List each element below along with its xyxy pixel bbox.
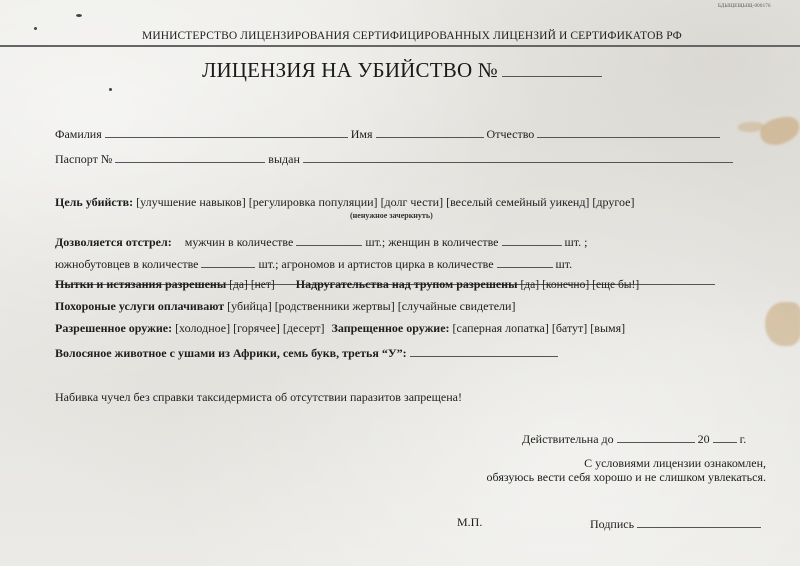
funeral-option[interactable]: [родственники жертвы] — [275, 299, 395, 313]
purpose-row: Цель убийств: [улучшение навыков] [регул… — [55, 195, 634, 210]
agronomists-label: шт.; агрономов и артистов цирка в количе… — [258, 257, 493, 271]
validity-date-field[interactable] — [617, 430, 695, 443]
purpose-option[interactable]: [веселый семейный уикенд] — [446, 195, 589, 209]
funeral-option[interactable]: [убийца] — [227, 299, 272, 313]
speck — [109, 88, 112, 91]
pcs-label: шт. — [556, 257, 573, 271]
name-field[interactable] — [376, 125, 484, 138]
women-count-field[interactable] — [502, 233, 562, 246]
allowed-weapon-option[interactable]: [десерт] — [283, 321, 325, 335]
stain — [765, 302, 800, 346]
funeral-label: Похороные услуги оплачивают — [55, 299, 224, 313]
taxidermy-warning: Набивка чучел без справки таксидермиста … — [55, 390, 462, 405]
allowed-weapons-label: Разрешенное оружие: — [55, 321, 172, 335]
forbidden-weapon-option[interactable]: [батут] — [552, 321, 587, 335]
patronymic-field[interactable] — [537, 125, 720, 138]
torture-row: Пытки и истязания разрешены [да] [нет] Н… — [55, 277, 639, 292]
surname-row: Фамилия Имя Отчество — [55, 125, 720, 142]
patronymic-label: Отчество — [487, 127, 535, 141]
desecration-option[interactable]: [конечно] — [542, 279, 589, 291]
quota-row-2: южнобутовцев в количестве шт.; агрономов… — [55, 255, 572, 272]
passport-field[interactable] — [115, 150, 265, 163]
stamp-place: М.П. — [457, 515, 482, 530]
forbidden-weapon-option[interactable]: [вымя] — [590, 321, 625, 335]
quota-row-1: Дозволяется отстрел: мужчин в количестве… — [55, 233, 587, 250]
validity-year-field[interactable] — [713, 430, 737, 443]
issued-field[interactable] — [303, 150, 733, 163]
passport-label: Паспорт № — [55, 152, 112, 166]
funeral-option[interactable]: [случайные свидетели] — [398, 299, 516, 313]
signature-label: Подпись — [590, 517, 634, 531]
strike-note: (ненужное зачеркнуть) — [350, 211, 433, 220]
validity-row: Действительна до 20 г. — [522, 430, 746, 447]
desecration-option[interactable]: [еще бы!] — [592, 279, 639, 291]
signature-row: Подпись — [590, 515, 761, 532]
torture-option[interactable]: [да] — [229, 279, 248, 291]
riddle-answer-field[interactable] — [410, 344, 558, 357]
purpose-option[interactable]: [другое] — [592, 195, 634, 209]
desecration-label: Надругательства над трупом разрешены — [296, 277, 518, 291]
passport-row: Паспорт № выдан — [55, 150, 733, 167]
quota-label: Дозволяется отстрел: — [55, 235, 172, 249]
header-rule — [0, 45, 800, 47]
allowed-weapon-option[interactable]: [горячее] — [233, 321, 280, 335]
pcs-label: шт. ; — [565, 235, 588, 249]
torture-label: Пытки и истязания разрешены — [55, 277, 226, 291]
southbut-count-field[interactable] — [201, 255, 255, 268]
allowed-weapon-option[interactable]: [холодное] — [175, 321, 230, 335]
name-label: Имя — [351, 127, 373, 141]
speck — [34, 27, 37, 30]
surname-field[interactable] — [105, 125, 348, 138]
funeral-row: Похороные услуги оплачивают [убийца] [ро… — [55, 299, 515, 314]
riddle-row: Волосяное животное с ушами из Африки, се… — [55, 344, 558, 361]
year-prefix: 20 — [698, 432, 710, 446]
agreement-line-1: С условиями лицензии ознакомлен, — [584, 456, 766, 471]
forbidden-weapon-option[interactable]: [саперная лопатка] — [453, 321, 549, 335]
speck — [76, 14, 82, 17]
purpose-option[interactable]: [регулировка популяции] — [249, 195, 378, 209]
weapons-row: Разрешенное оружие: [холодное] [горячее]… — [55, 321, 625, 336]
southbut-label: южнобутовцев в количестве — [55, 257, 198, 271]
license-title: ЛИЦЕНЗИЯ НА УБИЙСТВО № — [202, 58, 602, 83]
men-label: мужчин в количестве — [185, 235, 294, 249]
purpose-option[interactable]: [улучшение навыков] — [136, 195, 246, 209]
signature-field[interactable] — [637, 515, 761, 528]
serial-number: БДЫЩЕЩЫЩ-000176 — [718, 4, 771, 9]
year-suffix: г. — [740, 432, 747, 446]
riddle-label: Волосяное животное с ушами из Африки, се… — [55, 346, 407, 360]
agronomists-count-field[interactable] — [497, 255, 553, 268]
purpose-option[interactable]: [долг чести] — [381, 195, 444, 209]
ministry-heading: МИНИСТЕРСТВО ЛИЦЕНЗИРОВАНИЯ СЕРТИФИЦИРОВ… — [142, 30, 682, 42]
issued-label: выдан — [268, 152, 300, 166]
license-number-field[interactable] — [502, 58, 602, 77]
women-label: шт.; женщин в количестве — [365, 235, 498, 249]
surname-label: Фамилия — [55, 127, 102, 141]
agreement-line-2: обязуюсь вести себя хорошо и не слишком … — [487, 470, 766, 485]
desecration-option[interactable]: [да] — [520, 279, 539, 291]
torture-option[interactable]: [нет] — [251, 279, 275, 291]
men-count-field[interactable] — [296, 233, 362, 246]
validity-label: Действительна до — [522, 432, 614, 446]
purpose-label: Цель убийств: — [55, 195, 133, 209]
forbidden-weapons-label: Запрещенное оружие: — [332, 321, 450, 335]
